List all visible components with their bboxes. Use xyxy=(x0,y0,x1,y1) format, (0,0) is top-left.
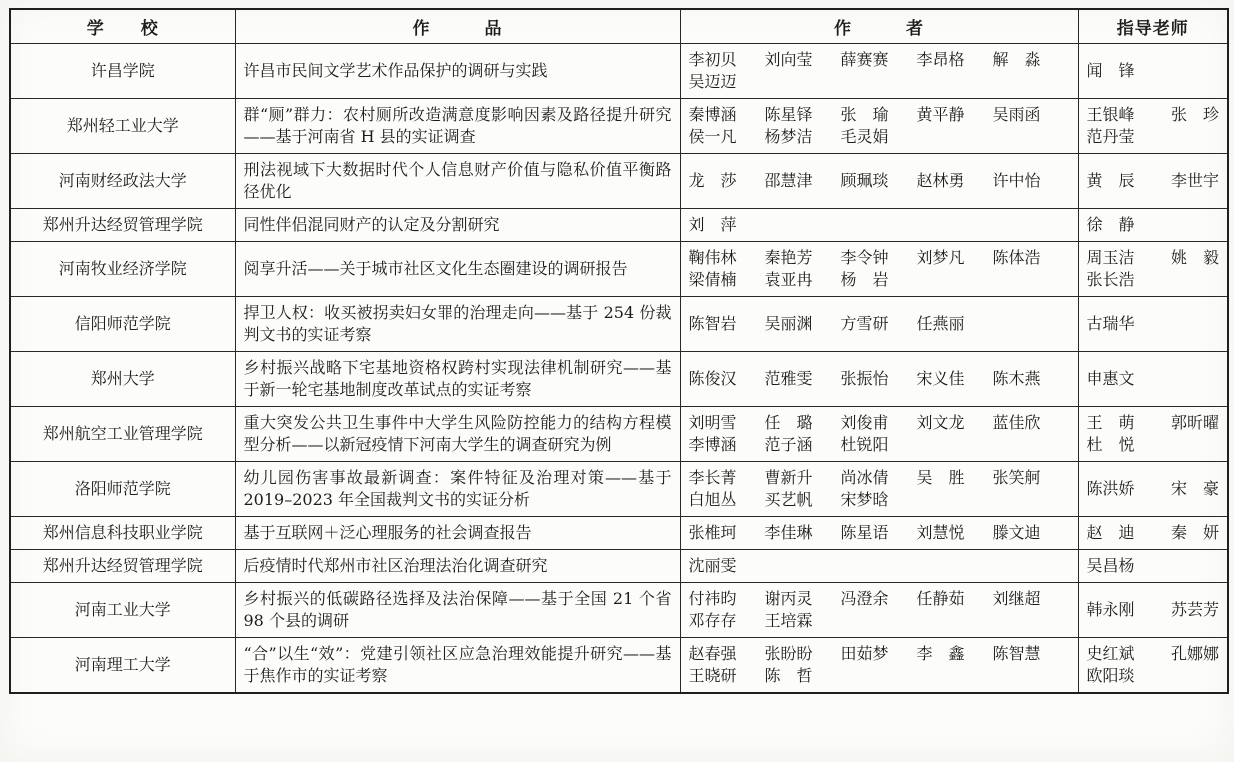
author-name: 秦博涵 xyxy=(689,104,765,126)
author-name: 田茹梦 xyxy=(841,643,917,665)
school-cell: 郑州轻工业大学 xyxy=(10,99,235,154)
authors-cell: 龙 莎邵慧津顾珮琰赵林勇许中怡 xyxy=(680,154,1078,209)
author-line: 李长菁曹新升尚冰倩吴 胜张笑舸 xyxy=(689,467,1076,489)
authors-cell: 沈丽雯 xyxy=(680,550,1078,583)
author-line: 秦博涵陈星铎张 瑜黄平静吴雨函 xyxy=(689,104,1076,126)
author-name: 蓝佳欣 xyxy=(993,412,1069,434)
advisor-name: 张长浩 xyxy=(1087,269,1135,291)
author-name: 毛灵娟 xyxy=(841,126,917,148)
work-title-cell: 重大突发公共卫生事件中大学生风险防控能力的结构方程模型分析——以新冠疫情下河南大… xyxy=(235,407,680,462)
advisor-line: 闻 锋 xyxy=(1087,60,1220,82)
authors-cell: 鞠伟林秦艳芳李令钟刘梦凡陈体浩梁倩楠袁亚冉杨 岩 xyxy=(680,242,1078,297)
author-line: 梁倩楠袁亚冉杨 岩 xyxy=(689,269,1076,291)
author-line: 龙 莎邵慧津顾珮琰赵林勇许中怡 xyxy=(689,170,1076,192)
school-name: 郑州升达经贸管理学院 xyxy=(43,215,203,234)
work-title-cell: 基于互联网＋泛心理服务的社会调查报告 xyxy=(235,517,680,550)
author-name: 陈星铎 xyxy=(765,104,841,126)
authors-cell: 赵春强张盼盼田茹梦李 鑫陈智慧王晓研陈 哲 xyxy=(680,638,1078,694)
school-name: 河南理工大学 xyxy=(75,655,171,674)
author-name: 解 淼 xyxy=(993,49,1069,71)
header-authors: 作 者 xyxy=(680,9,1078,44)
school-cell: 郑州大学 xyxy=(10,352,235,407)
award-table: 学 校 作 品 作 者 指导老师 许昌学院许昌市民间文学艺术作品保护的调研与实践… xyxy=(9,8,1229,694)
advisor-name: 孔娜娜 xyxy=(1171,643,1219,665)
table-row: 郑州航空工业管理学院重大突发公共卫生事件中大学生风险防控能力的结构方程模型分析—… xyxy=(10,407,1228,462)
advisor-name: 史红斌 xyxy=(1087,643,1135,665)
advisors-cell: 赵 迪秦 妍 xyxy=(1078,517,1228,550)
table-row: 郑州信息科技职业学院基于互联网＋泛心理服务的社会调查报告张椎珂李佳琳陈星语刘慧悦… xyxy=(10,517,1228,550)
author-line: 王晓研陈 哲 xyxy=(689,665,1076,687)
author-name: 付祎昀 xyxy=(689,588,765,610)
author-name: 梁倩楠 xyxy=(689,269,765,291)
author-name: 刘明雪 xyxy=(689,412,765,434)
author-name: 李博涵 xyxy=(689,434,765,456)
header-advisors: 指导老师 xyxy=(1078,9,1228,44)
school-name: 郑州信息科技职业学院 xyxy=(43,523,203,542)
advisor-line: 申惠文 xyxy=(1087,368,1220,390)
author-name: 范子涵 xyxy=(765,434,841,456)
author-name: 杜锐阳 xyxy=(841,434,917,456)
advisor-name: 王银峰 xyxy=(1087,104,1135,126)
author-name: 吴迈迈 xyxy=(689,71,765,93)
authors-cell: 付祎昀谢丙灵冯澄余任静茹刘继超邓存存王培霖 xyxy=(680,583,1078,638)
school-cell: 许昌学院 xyxy=(10,44,235,99)
advisors-cell: 韩永刚苏芸芳 xyxy=(1078,583,1228,638)
author-name: 杨 岩 xyxy=(841,269,917,291)
author-name: 曹新升 xyxy=(765,467,841,489)
author-line: 陈智岩吴丽渊方雪研任燕丽 xyxy=(689,313,1076,335)
author-name: 买艺帆 xyxy=(765,489,841,511)
advisor-name: 王 萌 xyxy=(1087,412,1135,434)
author-line: 李初贝刘向莹薛赛赛李昂格解 淼 xyxy=(689,49,1076,71)
author-name: 陈智岩 xyxy=(689,313,765,335)
author-name: 薛赛赛 xyxy=(841,49,917,71)
advisor-name: 申惠文 xyxy=(1087,368,1135,390)
work-title-cell: 乡村振兴战略下宅基地资格权跨村实现法律机制研究——基于新一轮宅基地制度改革试点的… xyxy=(235,352,680,407)
author-name: 秦艳芳 xyxy=(765,247,841,269)
author-name: 张振怡 xyxy=(841,368,917,390)
school-name: 郑州大学 xyxy=(91,369,155,388)
author-name: 刘继超 xyxy=(993,588,1069,610)
work-title-cell: 同性伴侣混同财产的认定及分割研究 xyxy=(235,209,680,242)
author-line: 沈丽雯 xyxy=(689,555,1076,577)
school-cell: 郑州升达经贸管理学院 xyxy=(10,209,235,242)
school-cell: 郑州信息科技职业学院 xyxy=(10,517,235,550)
author-name: 李佳琳 xyxy=(765,522,841,544)
author-name: 陈俊汉 xyxy=(689,368,765,390)
author-name: 张椎珂 xyxy=(689,522,765,544)
advisor-name: 周玉洁 xyxy=(1087,247,1135,269)
advisor-line: 古瑞华 xyxy=(1087,313,1220,335)
author-name: 袁亚冉 xyxy=(765,269,841,291)
author-name: 顾珮琰 xyxy=(841,170,917,192)
advisors-cell: 王银峰张 珍范丹莹 xyxy=(1078,99,1228,154)
author-name: 张 瑜 xyxy=(841,104,917,126)
author-line: 刘明雪任 璐刘俊甫刘文龙蓝佳欣 xyxy=(689,412,1076,434)
school-cell: 郑州升达经贸管理学院 xyxy=(10,550,235,583)
work-title-cell: 乡村振兴的低碳路径选择及法治保障——基于全国 21 个省 98 个县的调研 xyxy=(235,583,680,638)
work-title-cell: 后疫情时代郑州市社区治理法治化调查研究 xyxy=(235,550,680,583)
table-row: 信阳师范学院捍卫人权：收买被拐卖妇女罪的治理走向——基于 254 份裁判文书的实… xyxy=(10,297,1228,352)
work-title-cell: 许昌市民间文学艺术作品保护的调研与实践 xyxy=(235,44,680,99)
advisor-line: 徐 静 xyxy=(1087,214,1220,236)
school-name: 河南工业大学 xyxy=(75,600,171,619)
school-cell: 河南财经政法大学 xyxy=(10,154,235,209)
author-line: 陈俊汉范雅雯张振怡宋义佳陈木燕 xyxy=(689,368,1076,390)
author-name: 宋梦晗 xyxy=(841,489,917,511)
advisor-name: 赵 迪 xyxy=(1087,522,1135,544)
author-name: 谢丙灵 xyxy=(765,588,841,610)
header-work: 作 品 xyxy=(235,9,680,44)
advisor-line: 欧阳琰 xyxy=(1087,665,1220,687)
author-line: 赵春强张盼盼田茹梦李 鑫陈智慧 xyxy=(689,643,1076,665)
author-name: 李 鑫 xyxy=(917,643,993,665)
table-row: 郑州升达经贸管理学院后疫情时代郑州市社区治理法治化调查研究沈丽雯吴昌杨 xyxy=(10,550,1228,583)
advisor-name: 欧阳琰 xyxy=(1087,665,1135,687)
author-line: 李博涵范子涵杜锐阳 xyxy=(689,434,1076,456)
school-name: 洛阳师范学院 xyxy=(75,479,171,498)
author-name: 沈丽雯 xyxy=(689,555,765,577)
author-name: 陈智慧 xyxy=(993,643,1069,665)
advisor-name: 秦 妍 xyxy=(1171,522,1219,544)
school-cell: 河南理工大学 xyxy=(10,638,235,694)
advisors-cell: 黄 辰李世宇 xyxy=(1078,154,1228,209)
advisor-line: 周玉洁姚 毅 xyxy=(1087,247,1220,269)
author-name: 李长菁 xyxy=(689,467,765,489)
author-name: 滕文迪 xyxy=(993,522,1069,544)
advisors-cell: 陈洪娇宋 豪 xyxy=(1078,462,1228,517)
table-row: 河南理工大学“合”以生“效”：党建引领社区应急治理效能提升研究——基于焦作市的实… xyxy=(10,638,1228,694)
advisor-name: 徐 静 xyxy=(1087,214,1135,236)
advisors-cell: 吴昌杨 xyxy=(1078,550,1228,583)
advisor-name: 郭昕曜 xyxy=(1171,412,1219,434)
work-title-cell: 阅享升活——关于城市社区文化生态圈建设的调研报告 xyxy=(235,242,680,297)
school-cell: 信阳师范学院 xyxy=(10,297,235,352)
author-name: 赵春强 xyxy=(689,643,765,665)
advisors-cell: 古瑞华 xyxy=(1078,297,1228,352)
author-line: 刘 萍 xyxy=(689,214,1076,236)
author-name: 鞠伟林 xyxy=(689,247,765,269)
table-row: 郑州大学乡村振兴战略下宅基地资格权跨村实现法律机制研究——基于新一轮宅基地制度改… xyxy=(10,352,1228,407)
authors-cell: 张椎珂李佳琳陈星语刘慧悦滕文迪 xyxy=(680,517,1078,550)
advisors-cell: 周玉洁姚 毅张长浩 xyxy=(1078,242,1228,297)
author-name: 王晓研 xyxy=(689,665,765,687)
advisor-line: 张长浩 xyxy=(1087,269,1220,291)
author-name: 陈体浩 xyxy=(993,247,1069,269)
advisor-line: 吴昌杨 xyxy=(1087,555,1220,577)
work-title-cell: 捍卫人权：收买被拐卖妇女罪的治理走向——基于 254 份裁判文书的实证考察 xyxy=(235,297,680,352)
author-name: 刘梦凡 xyxy=(917,247,993,269)
author-name: 李昂格 xyxy=(917,49,993,71)
table-body: 许昌学院许昌市民间文学艺术作品保护的调研与实践李初贝刘向莹薛赛赛李昂格解 淼吴迈… xyxy=(10,44,1228,694)
author-name: 邵慧津 xyxy=(765,170,841,192)
school-cell: 河南工业大学 xyxy=(10,583,235,638)
work-title-cell: “合”以生“效”：党建引领社区应急治理效能提升研究——基于焦作市的实证考察 xyxy=(235,638,680,694)
authors-cell: 陈俊汉范雅雯张振怡宋义佳陈木燕 xyxy=(680,352,1078,407)
author-line: 鞠伟林秦艳芳李令钟刘梦凡陈体浩 xyxy=(689,247,1076,269)
author-name: 白旭丛 xyxy=(689,489,765,511)
author-name: 任燕丽 xyxy=(917,313,993,335)
school-name: 郑州升达经贸管理学院 xyxy=(43,556,203,575)
advisor-line: 陈洪娇宋 豪 xyxy=(1087,478,1220,500)
school-name: 郑州轻工业大学 xyxy=(67,116,179,135)
advisor-name: 范丹莹 xyxy=(1087,126,1135,148)
advisor-line: 杜 悦 xyxy=(1087,434,1220,456)
advisors-cell: 闻 锋 xyxy=(1078,44,1228,99)
author-line: 侯一凡杨梦洁毛灵娟 xyxy=(689,126,1076,148)
school-name: 郑州航空工业管理学院 xyxy=(43,424,203,443)
advisors-cell: 申惠文 xyxy=(1078,352,1228,407)
author-name: 陈星语 xyxy=(841,522,917,544)
advisor-name: 吴昌杨 xyxy=(1087,555,1135,577)
table-row: 郑州轻工业大学群“厕”群力：农村厕所改造满意度影响因素及路径提升研究——基于河南… xyxy=(10,99,1228,154)
advisor-name: 姚 毅 xyxy=(1171,247,1219,269)
author-name: 许中怡 xyxy=(993,170,1069,192)
author-name: 宋义佳 xyxy=(917,368,993,390)
work-title-cell: 群“厕”群力：农村厕所改造满意度影响因素及路径提升研究——基于河南省 H 县的实… xyxy=(235,99,680,154)
school-name: 信阳师范学院 xyxy=(75,314,171,333)
advisor-line: 范丹莹 xyxy=(1087,126,1220,148)
table-header: 学 校 作 品 作 者 指导老师 xyxy=(10,9,1228,44)
authors-cell: 李长菁曹新升尚冰倩吴 胜张笑舸白旭丛买艺帆宋梦晗 xyxy=(680,462,1078,517)
authors-cell: 刘明雪任 璐刘俊甫刘文龙蓝佳欣李博涵范子涵杜锐阳 xyxy=(680,407,1078,462)
author-name: 尚冰倩 xyxy=(841,467,917,489)
advisor-name: 陈洪娇 xyxy=(1087,478,1135,500)
authors-cell: 陈智岩吴丽渊方雪研任燕丽 xyxy=(680,297,1078,352)
author-name: 吴雨函 xyxy=(993,104,1069,126)
advisor-name: 闻 锋 xyxy=(1087,60,1135,82)
author-name: 任 璐 xyxy=(765,412,841,434)
author-line: 白旭丛买艺帆宋梦晗 xyxy=(689,489,1076,511)
author-name: 王培霖 xyxy=(765,610,841,632)
author-name: 黄平静 xyxy=(917,104,993,126)
table-row: 河南工业大学乡村振兴的低碳路径选择及法治保障——基于全国 21 个省 98 个县… xyxy=(10,583,1228,638)
work-title-cell: 幼儿园伤害事故最新调查：案件特征及治理对策——基于 2019–2023 年全国裁… xyxy=(235,462,680,517)
advisor-line: 黄 辰李世宇 xyxy=(1087,170,1220,192)
advisor-line: 史红斌孔娜娜 xyxy=(1087,643,1220,665)
school-cell: 河南牧业经济学院 xyxy=(10,242,235,297)
advisor-name: 苏芸芳 xyxy=(1171,599,1219,621)
table-row: 河南财经政法大学刑法视域下大数据时代个人信息财产价值与隐私价值平衡路径优化龙 莎… xyxy=(10,154,1228,209)
author-line: 付祎昀谢丙灵冯澄余任静茹刘继超 xyxy=(689,588,1076,610)
school-name: 许昌学院 xyxy=(91,61,155,80)
author-name: 邓存存 xyxy=(689,610,765,632)
author-name: 杨梦洁 xyxy=(765,126,841,148)
author-name: 方雪研 xyxy=(841,313,917,335)
school-cell: 洛阳师范学院 xyxy=(10,462,235,517)
author-name: 侯一凡 xyxy=(689,126,765,148)
author-name: 吴 胜 xyxy=(917,467,993,489)
advisors-cell: 王 萌郭昕曜杜 悦 xyxy=(1078,407,1228,462)
advisor-name: 古瑞华 xyxy=(1087,313,1135,335)
advisor-line: 赵 迪秦 妍 xyxy=(1087,522,1220,544)
advisor-name: 韩永刚 xyxy=(1087,599,1135,621)
advisors-cell: 徐 静 xyxy=(1078,209,1228,242)
author-name: 吴丽渊 xyxy=(765,313,841,335)
author-name: 刘 萍 xyxy=(689,214,765,236)
school-cell: 郑州航空工业管理学院 xyxy=(10,407,235,462)
header-school: 学 校 xyxy=(10,9,235,44)
advisor-name: 黄 辰 xyxy=(1087,170,1135,192)
author-name: 陈 哲 xyxy=(765,665,841,687)
school-name: 河南财经政法大学 xyxy=(59,171,187,190)
author-name: 范雅雯 xyxy=(765,368,841,390)
advisors-cell: 史红斌孔娜娜欧阳琰 xyxy=(1078,638,1228,694)
table-row: 郑州升达经贸管理学院同性伴侣混同财产的认定及分割研究刘 萍徐 静 xyxy=(10,209,1228,242)
advisor-name: 李世宇 xyxy=(1171,170,1219,192)
table-row: 许昌学院许昌市民间文学艺术作品保护的调研与实践李初贝刘向莹薛赛赛李昂格解 淼吴迈… xyxy=(10,44,1228,99)
author-name: 陈木燕 xyxy=(993,368,1069,390)
table-row: 河南牧业经济学院阅享升活——关于城市社区文化生态圈建设的调研报告鞠伟林秦艳芳李令… xyxy=(10,242,1228,297)
advisor-line: 韩永刚苏芸芳 xyxy=(1087,599,1220,621)
author-name: 张笑舸 xyxy=(993,467,1069,489)
advisor-name: 宋 豪 xyxy=(1171,478,1219,500)
authors-cell: 秦博涵陈星铎张 瑜黄平静吴雨函侯一凡杨梦洁毛灵娟 xyxy=(680,99,1078,154)
author-name: 龙 莎 xyxy=(689,170,765,192)
author-name: 张盼盼 xyxy=(765,643,841,665)
advisor-line: 王 萌郭昕曜 xyxy=(1087,412,1220,434)
author-name: 李初贝 xyxy=(689,49,765,71)
advisor-line: 王银峰张 珍 xyxy=(1087,104,1220,126)
scanned-award-table-page: 学 校 作 品 作 者 指导老师 许昌学院许昌市民间文学艺术作品保护的调研与实践… xyxy=(0,0,1234,762)
school-name: 河南牧业经济学院 xyxy=(59,259,187,278)
author-line: 邓存存王培霖 xyxy=(689,610,1076,632)
author-line: 张椎珂李佳琳陈星语刘慧悦滕文迪 xyxy=(689,522,1076,544)
author-name: 冯澄余 xyxy=(841,588,917,610)
author-name: 赵林勇 xyxy=(917,170,993,192)
author-name: 李令钟 xyxy=(841,247,917,269)
work-title-cell: 刑法视域下大数据时代个人信息财产价值与隐私价值平衡路径优化 xyxy=(235,154,680,209)
authors-cell: 李初贝刘向莹薛赛赛李昂格解 淼吴迈迈 xyxy=(680,44,1078,99)
author-name: 刘向莹 xyxy=(765,49,841,71)
author-name: 刘俊甫 xyxy=(841,412,917,434)
advisor-name: 杜 悦 xyxy=(1087,434,1135,456)
header-row: 学 校 作 品 作 者 指导老师 xyxy=(10,9,1228,44)
table-row: 洛阳师范学院幼儿园伤害事故最新调查：案件特征及治理对策——基于 2019–202… xyxy=(10,462,1228,517)
author-name: 刘文龙 xyxy=(917,412,993,434)
author-line: 吴迈迈 xyxy=(689,71,1076,93)
author-name: 任静茹 xyxy=(917,588,993,610)
author-name: 刘慧悦 xyxy=(917,522,993,544)
authors-cell: 刘 萍 xyxy=(680,209,1078,242)
advisor-name: 张 珍 xyxy=(1171,104,1219,126)
